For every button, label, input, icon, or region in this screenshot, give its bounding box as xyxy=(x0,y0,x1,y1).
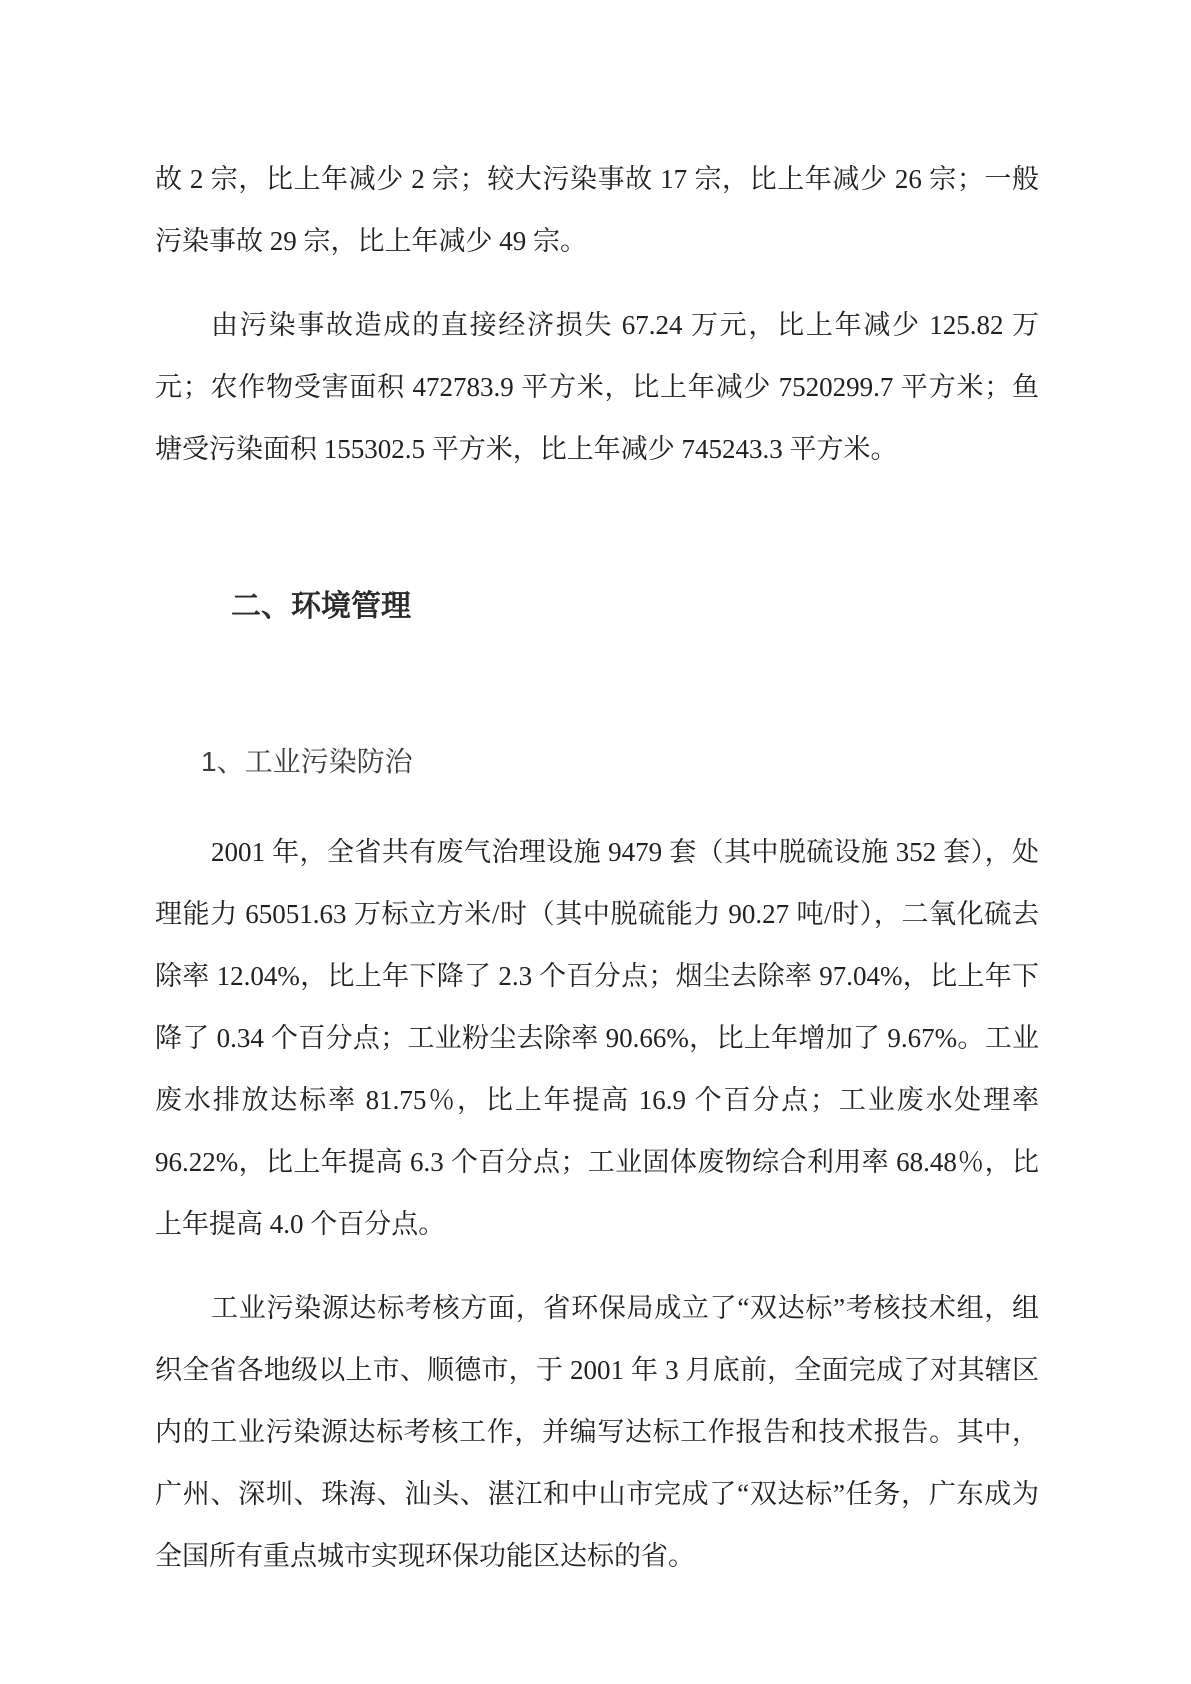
paragraph-standards-assessment: 工业污染源达标考核方面，省环保局成立了“双达标”考核技术组，组织全省各地级以上市… xyxy=(155,1277,1039,1587)
document-page: 故 2 宗，比上年减少 2 宗；较大污染事故 17 宗，比上年减少 26 宗；一… xyxy=(0,0,1191,1684)
paragraph-industrial-pollution-statistics: 2001 年，全省共有废气治理设施 9479 套（其中脱硫设施 352 套），处… xyxy=(155,821,1039,1255)
paragraph-pollution-accidents-continuation: 故 2 宗，比上年减少 2 宗；较大污染事故 17 宗，比上年减少 26 宗；一… xyxy=(155,148,1039,272)
subsection-heading-industrial-pollution-control: 1、工业污染防治 xyxy=(201,731,1039,793)
paragraph-economic-loss: 由污染事故造成的直接经济损失 67.24 万元，比上年减少 125.82 万元；… xyxy=(155,294,1039,480)
section-heading-environment-management: 二、环境管理 xyxy=(231,576,1039,638)
